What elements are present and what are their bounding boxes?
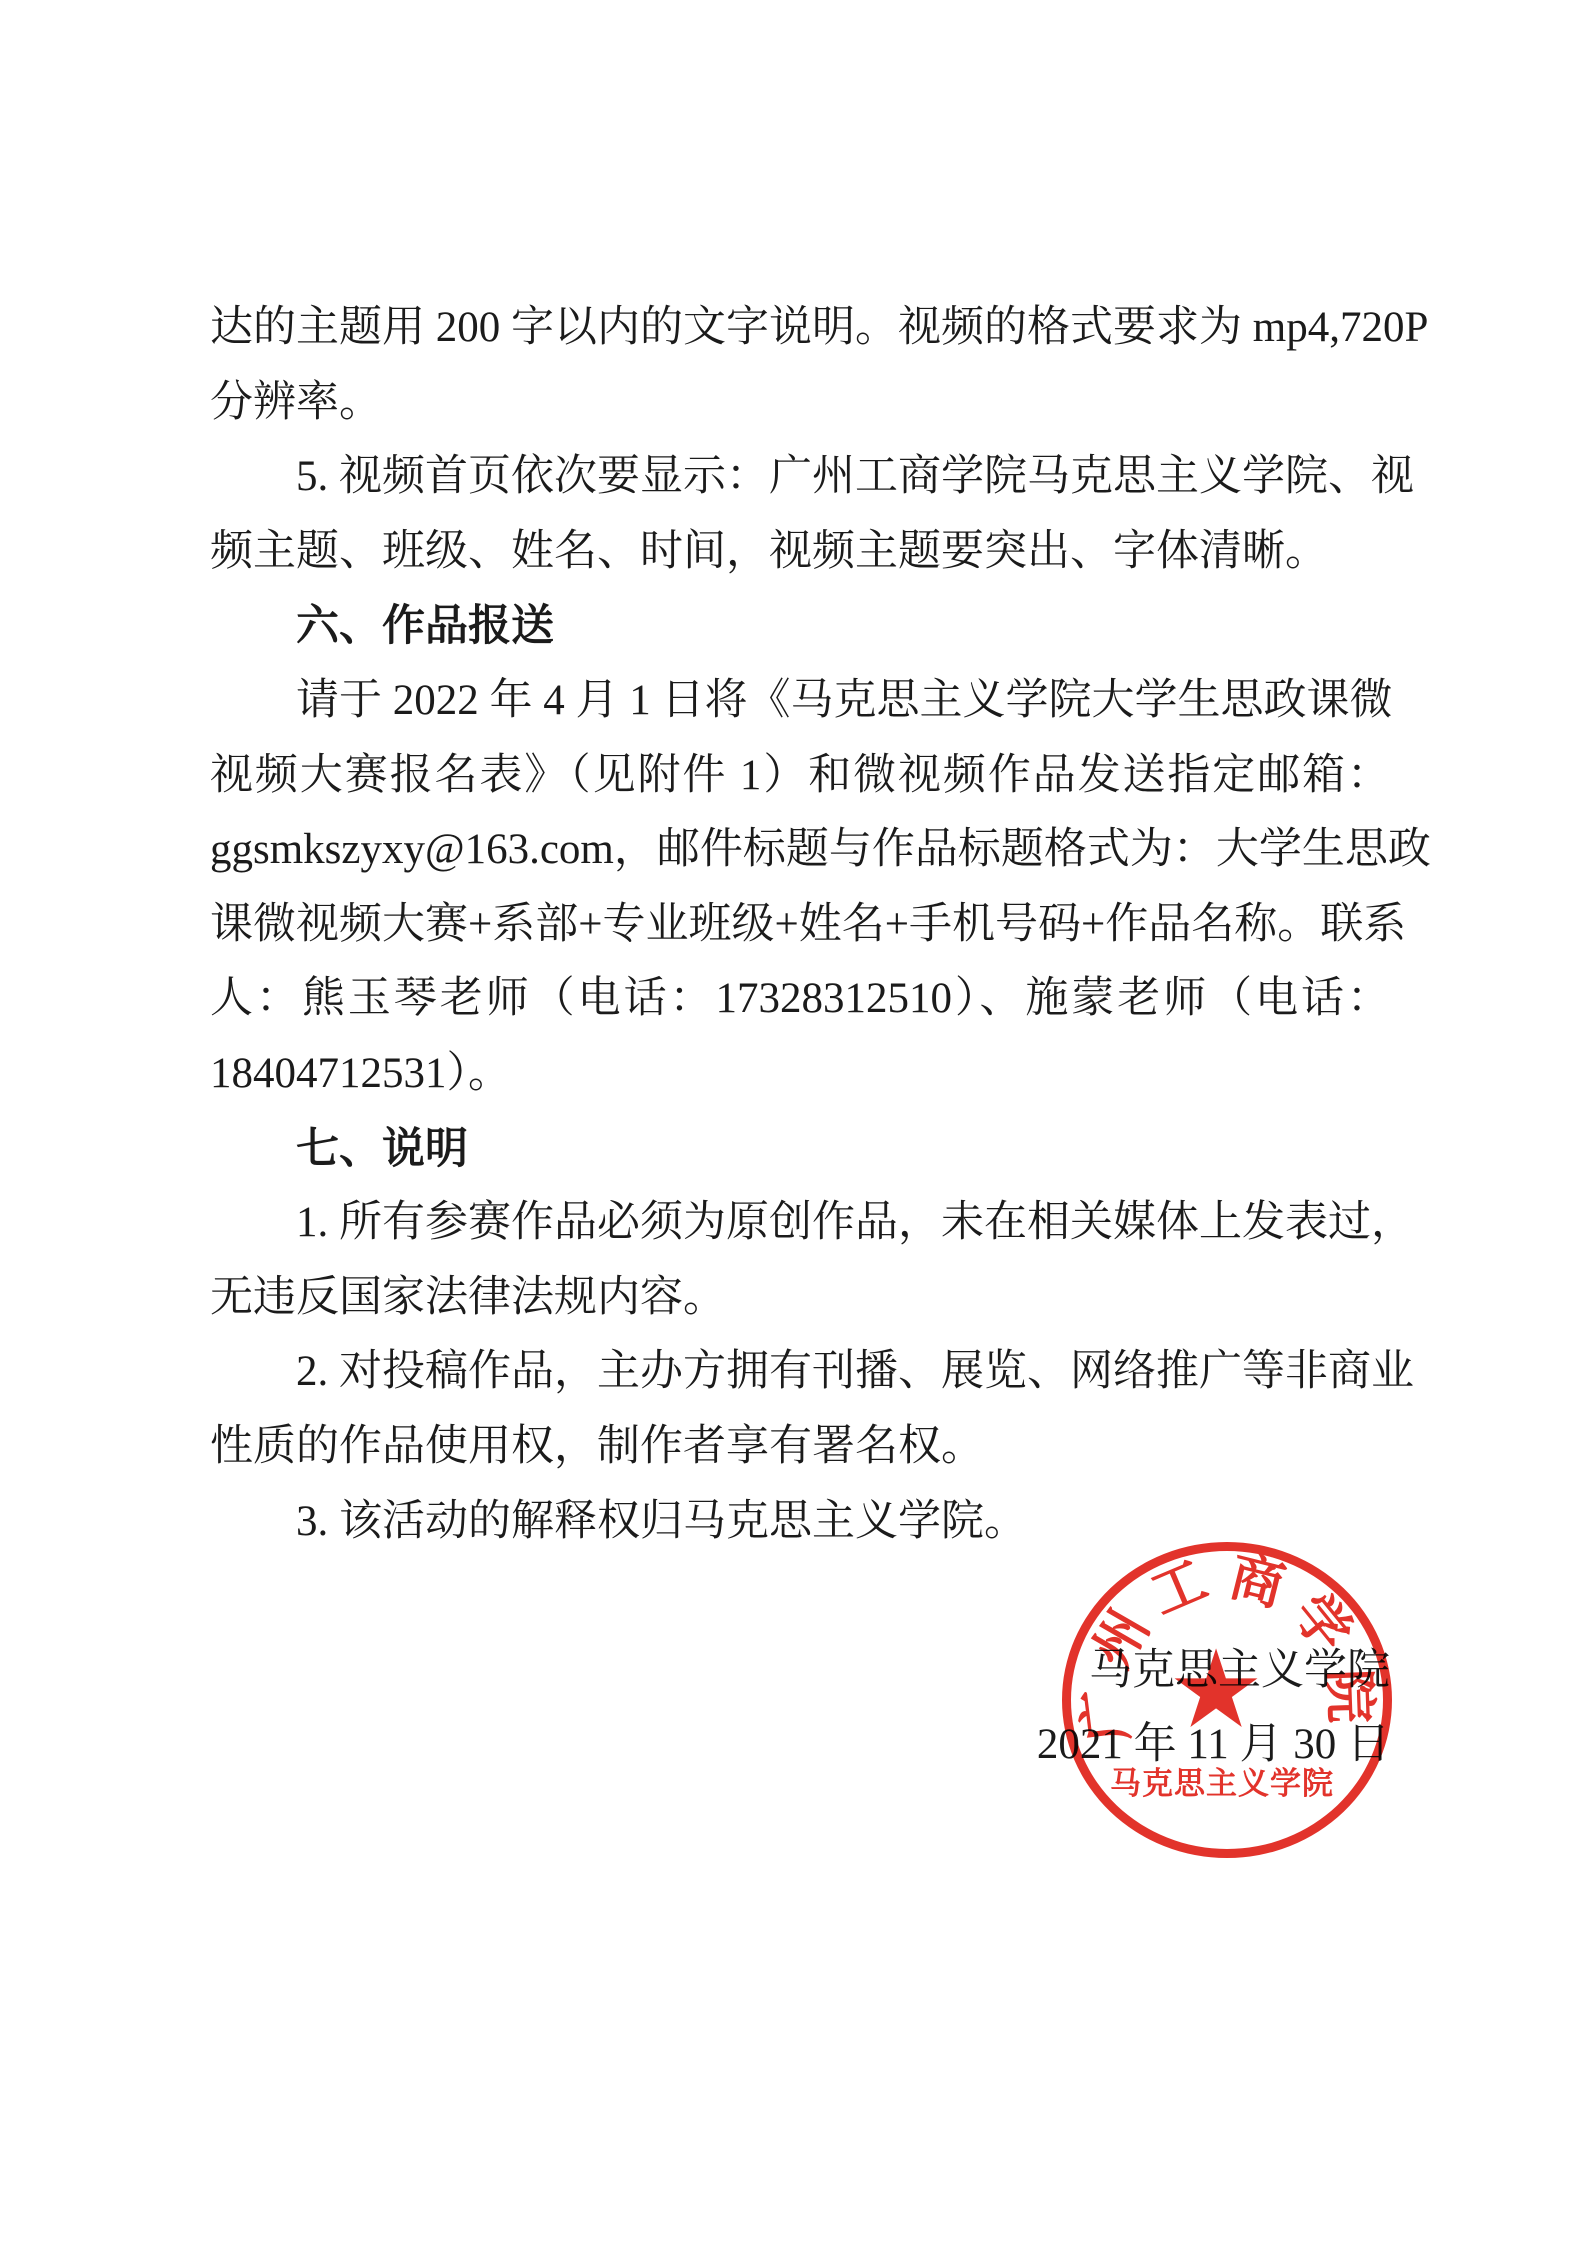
body-line: 性质的作品使用权，制作者享有署名权。 — [210, 1410, 1390, 1485]
body-line: 视频大赛报名表》（见附件 1）和微视频作品发送指定邮箱： — [210, 739, 1390, 814]
section-heading: 七、说明 — [210, 1112, 1390, 1187]
section-heading: 六、作品报送 — [210, 589, 1390, 664]
document-body: 达的主题用 200 字以内的文字说明。视频的格式要求为 mp4,720P分辨率。… — [210, 291, 1390, 1783]
body-line: 无违反国家法律法规内容。 — [210, 1261, 1390, 1336]
body-line: 2. 对投稿作品，主办方拥有刊播、展览、网络推广等非商业 — [210, 1335, 1390, 1410]
body-line: 5. 视频首页依次要显示：广州工商学院马克思主义学院、视 — [210, 440, 1390, 515]
body-line: ggsmkszyxy@163.com，邮件标题与作品标题格式为：大学生思政 — [210, 813, 1390, 888]
document-page: 达的主题用 200 字以内的文字说明。视频的格式要求为 mp4,720P分辨率。… — [0, 0, 1587, 2245]
body-line: 18404712531）。 — [210, 1037, 1390, 1112]
body-line: 课微视频大赛+系部+专业班级+姓名+手机号码+作品名称。联系 — [210, 888, 1390, 963]
signature-line: 马克思主义学院 — [210, 1634, 1390, 1709]
blank-line — [210, 1559, 1390, 1634]
body-line: 请于 2022 年 4 月 1 日将《马克思主义学院大学生思政课微 — [210, 664, 1390, 739]
body-line: 频主题、班级、姓名、时间，视频主题要突出、字体清晰。 — [210, 515, 1390, 590]
body-line: 3. 该活动的解释权归马克思主义学院。 — [210, 1485, 1390, 1560]
body-line: 达的主题用 200 字以内的文字说明。视频的格式要求为 mp4,720P — [210, 291, 1390, 366]
signature-line: 2021 年 11 月 30 日 — [210, 1708, 1390, 1783]
body-line: 1. 所有参赛作品必须为原创作品，未在相关媒体上发表过， — [210, 1186, 1390, 1261]
body-line: 人：熊玉琴老师（电话：17328312510）、施蒙老师（电话： — [210, 962, 1390, 1037]
body-line: 分辨率。 — [210, 366, 1390, 441]
